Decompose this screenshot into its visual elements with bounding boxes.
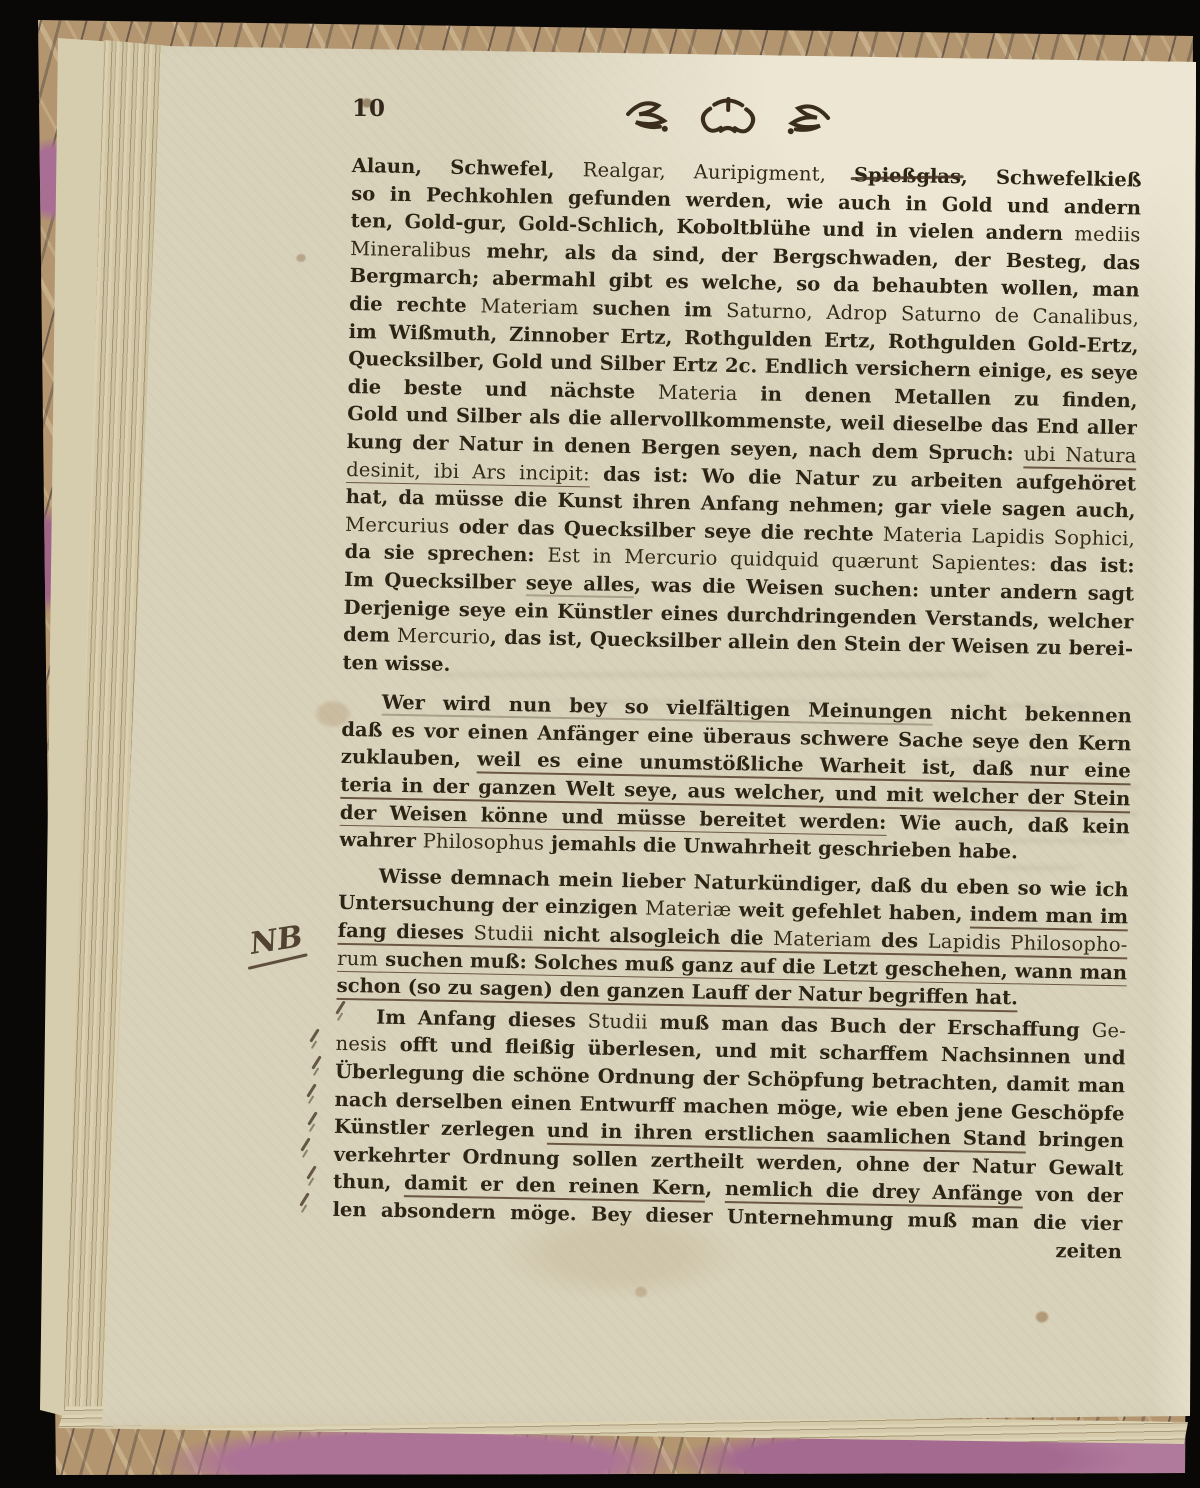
text-segment: Mineralibus <box>350 237 471 262</box>
text-segment: zuklauben, <box>341 745 478 770</box>
text-segment: thun, <box>333 1170 404 1194</box>
margin-slash-mark <box>306 1083 316 1097</box>
text-segment: Ge- <box>1092 1019 1127 1043</box>
nota-bene-annotation: NB <box>248 922 305 960</box>
text-segment: , Schwefelkieß <box>961 165 1142 191</box>
text-segment: Materia <box>658 380 738 404</box>
text-segment: ten wisse. <box>342 651 450 676</box>
text-segment: Saturno, Adrop Saturno de Canalibus, <box>726 299 1139 330</box>
body-text-block: Alaun, Schwefel, Realgar, Auripigment, S… <box>332 152 1142 1265</box>
struck-word: Spießglas <box>854 163 961 188</box>
margin-slash-mark <box>300 1137 310 1151</box>
text-segment: Materiam <box>480 294 579 319</box>
text-segment: Materiæ <box>645 897 732 922</box>
underlined-text: Lapidis Philosopho- <box>927 930 1127 959</box>
text-segment: wahrer <box>339 828 423 853</box>
underlined-text: Studii <box>473 921 533 949</box>
text-segment: Studii <box>588 1009 648 1033</box>
underlined-text: Materiam <box>773 927 872 956</box>
text-segment: Im Anfang dieses <box>376 1005 588 1032</box>
text-segment: seye alles <box>526 571 635 598</box>
text-segment: nesis <box>335 1032 387 1056</box>
book-scan-scene: 10 Alaun, Schwefel, Realgar, Auripigment… <box>0 0 1200 1488</box>
text-segment: weit gefehlet haben, <box>731 899 970 926</box>
page-number: 10 <box>352 95 386 122</box>
text-segment: Alaun, Schwefel, <box>352 154 583 181</box>
margin-slash-mark <box>311 1055 321 1069</box>
text-segment: Künstler zerlegen <box>334 1115 547 1142</box>
margin-slash-mark <box>309 1028 319 1042</box>
text-segment: zeiten <box>1055 1239 1122 1263</box>
fleuron-ornament-icon <box>622 94 835 144</box>
underlined-text: des <box>871 929 928 957</box>
text-segment: , <box>705 1177 725 1200</box>
text-segment: Philosophus <box>423 830 545 855</box>
text-segment: suchen im <box>579 296 727 322</box>
margin-slash-mark <box>306 1165 316 1179</box>
text-segment: die rechte <box>349 292 481 317</box>
underlined-text: rum <box>337 946 378 974</box>
text-segment: Materia Lapidis Sophici, <box>883 523 1136 551</box>
text-segment: dem <box>343 623 397 647</box>
text-segment: das ist: <box>1037 553 1135 578</box>
book-page: 10 Alaun, Schwefel, Realgar, Auripigment… <box>0 0 1200 1488</box>
underlined-text: fang dieses <box>337 919 473 948</box>
text-segment: Im Quecksilber <box>344 568 526 594</box>
text-segment: mediis <box>1074 222 1141 246</box>
text-segment: jemahls die Unwahrheit geschrieben habe. <box>544 832 1018 864</box>
text-segment: die beste und nächste <box>347 375 658 404</box>
text-segment: da sie sprechen: <box>344 540 547 567</box>
underlined-text: suchen muß: <box>378 947 534 977</box>
text-segment: Untersuchung der einzigen <box>338 891 645 920</box>
text-segment: Mercurius <box>345 513 450 538</box>
margin-slash-mark <box>299 1192 309 1206</box>
margin-slash-mark <box>307 1111 317 1125</box>
underlined-text: ubi Natura <box>1024 442 1137 470</box>
text-segment: Mercurio <box>397 624 491 649</box>
text-segment: Realgar, Auripigment, <box>583 158 855 186</box>
